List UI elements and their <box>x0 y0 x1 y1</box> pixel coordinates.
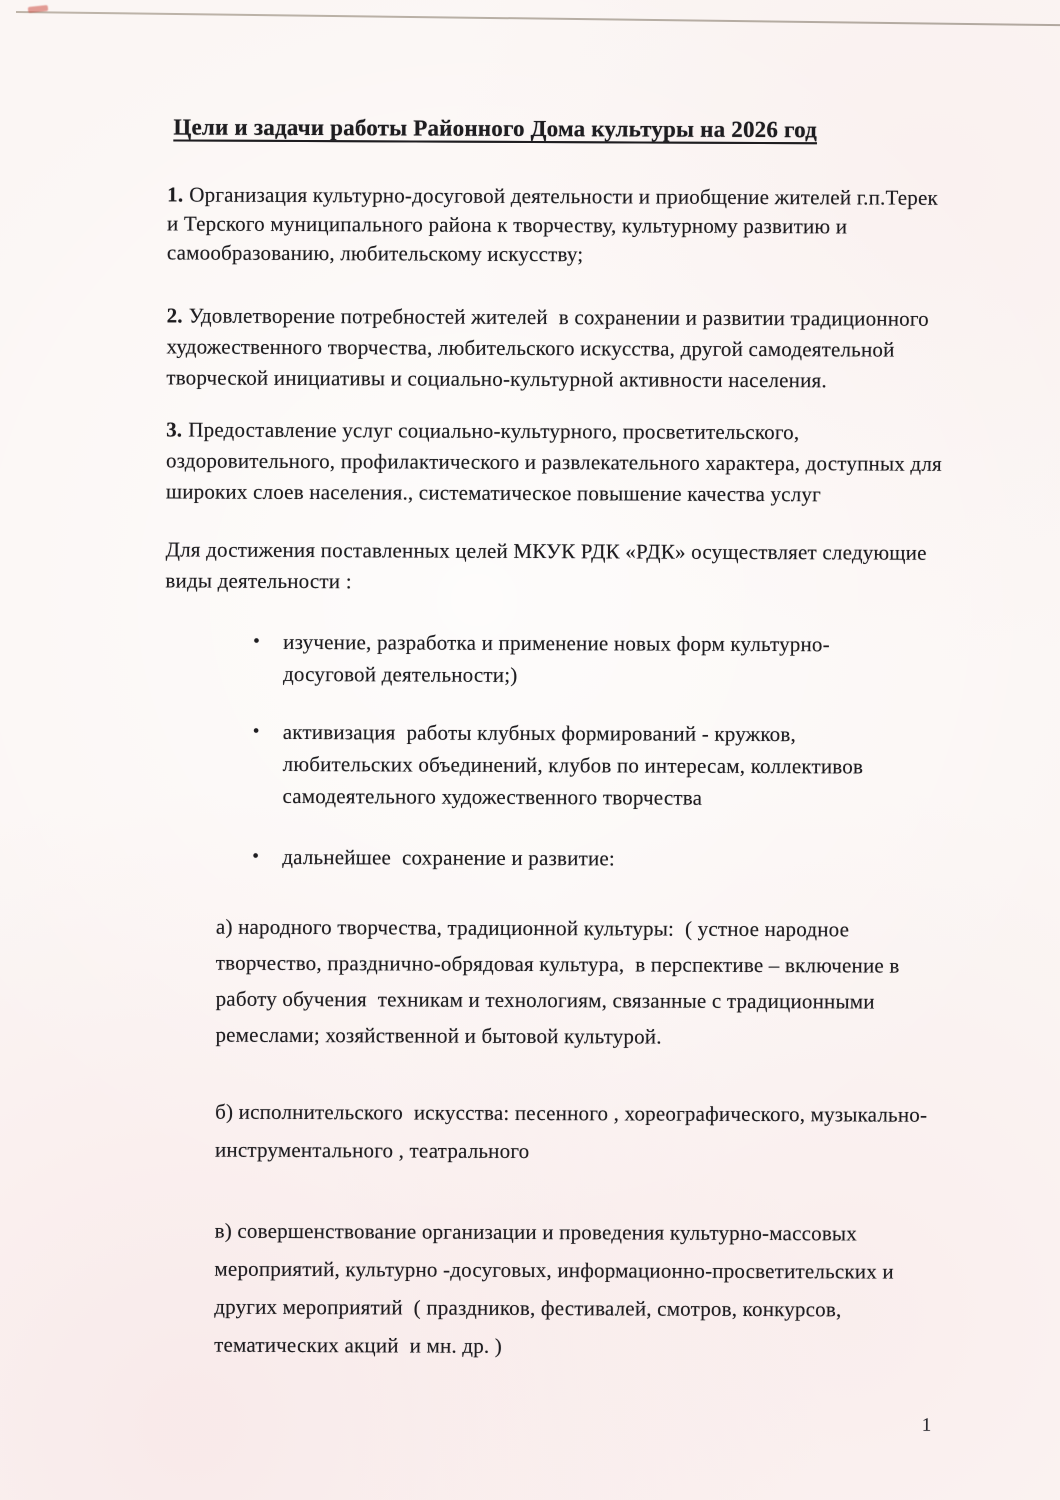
bullet-text: изучение, разработка и применение новых … <box>283 626 903 693</box>
development-item-v: в) совершенствование организации и прове… <box>214 1212 945 1367</box>
paragraph-number: 2. <box>167 303 183 327</box>
development-item-a: а) народного творчества, традиционной ку… <box>215 909 946 1056</box>
document-content: Цели и задачи работы Районного Дома куль… <box>162 0 950 1437</box>
document-title-text: Цели и задачи работы Районного Дома куль… <box>173 114 817 142</box>
paragraph-number: 3. <box>166 417 182 441</box>
bullet-item-preservation: • дальнейшее сохранение и развитие: <box>252 841 902 876</box>
bullet-text: активизация работы клубных формирований … <box>282 716 902 815</box>
goal-paragraph-3: 3.Предоставление услуг социально-культур… <box>166 414 948 510</box>
activities-bullet-list: • изучение, разработка и применение новы… <box>164 625 947 875</box>
paragraph-text: Удовлетворение потребностей жителей в со… <box>166 304 934 393</box>
activities-intro: Для достижения поставленных целей МКУК Р… <box>165 534 947 599</box>
bullet-dot-icon: • <box>252 716 282 812</box>
paragraph-number: 1. <box>167 182 183 206</box>
bullet-item-club-activation: • активизация работы клубных формировани… <box>252 716 902 815</box>
bullet-dot-icon: • <box>253 626 283 690</box>
bullet-dot-icon: • <box>252 841 282 873</box>
document-page: Цели и задачи работы Районного Дома куль… <box>0 0 1060 1437</box>
paragraph-text: Предоставление услуг социально-культурно… <box>166 418 948 507</box>
goal-paragraph-1: 1.Организация культурно-досуговой деятел… <box>167 180 949 270</box>
goal-paragraph-2: 2.Удовлетворение потребностей жителей в … <box>166 300 948 396</box>
bullet-item-new-forms: • изучение, разработка и применение новы… <box>253 626 903 693</box>
page-number: 1 <box>922 1415 944 1437</box>
development-item-b: б) исполнительского искусства: песенного… <box>215 1093 945 1172</box>
paragraph-text: Организация культурно-досуговой деятельн… <box>167 183 944 267</box>
document-title: Цели и задачи работы Районного Дома куль… <box>173 0 950 144</box>
bullet-text: дальнейшее сохранение и развитие: <box>282 841 615 874</box>
